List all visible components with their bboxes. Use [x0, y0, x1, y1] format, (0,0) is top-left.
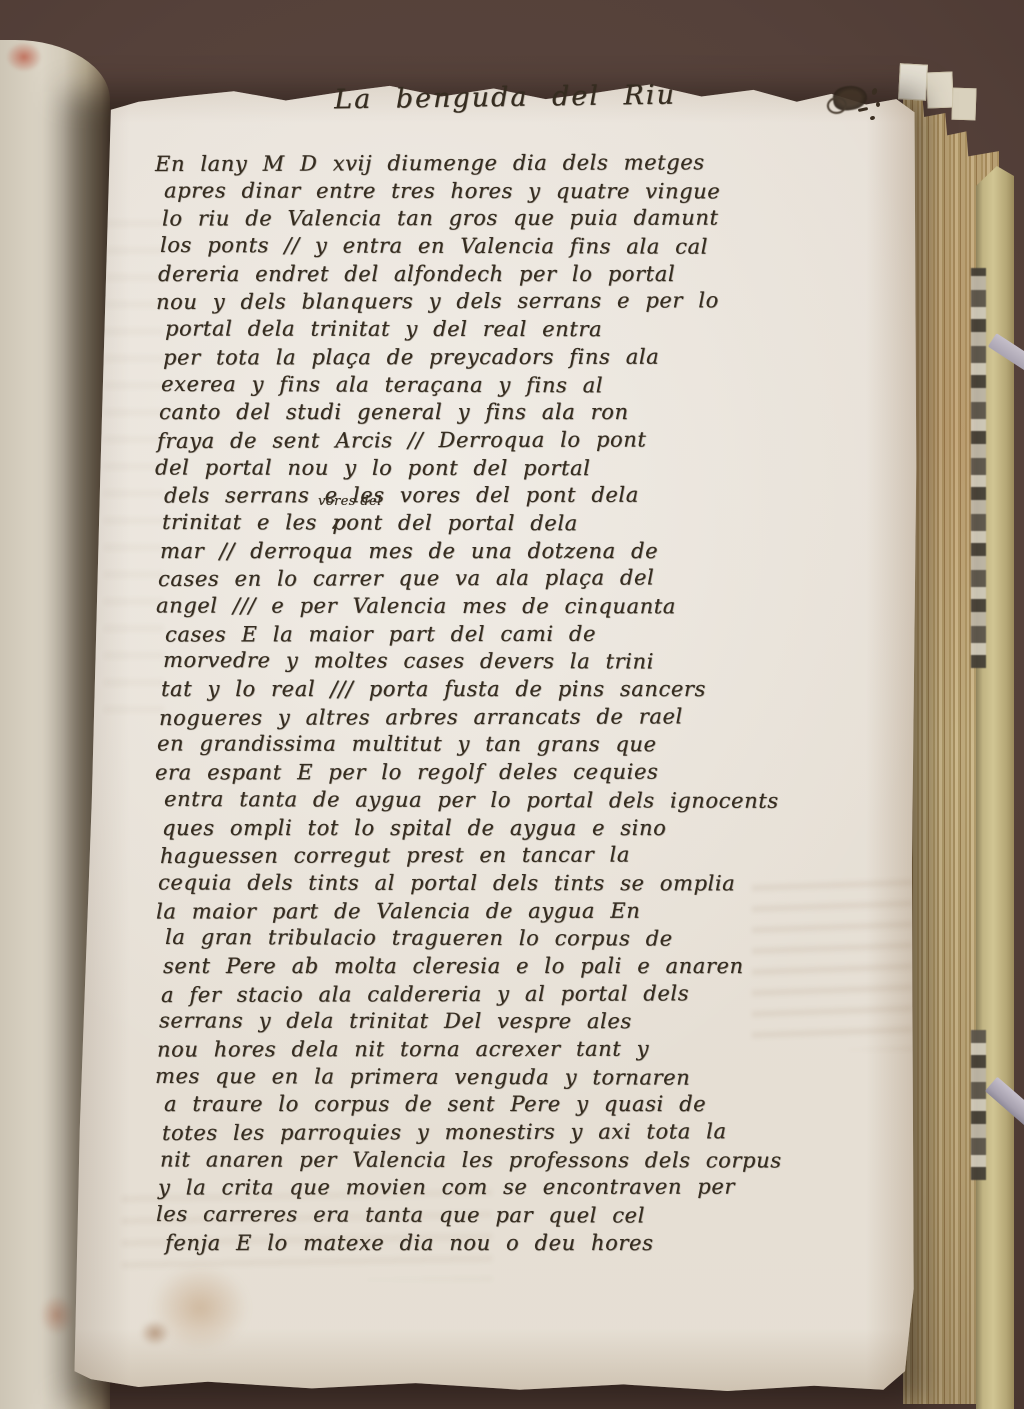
manuscript-line: nogueres y altres arbres arrancats de ra… [159, 703, 819, 733]
manuscript-line: entra tanta de aygua per lo portal dels … [164, 786, 824, 816]
manuscript-line: les carreres era tanta que par quel cel [156, 1201, 816, 1231]
manuscript-line: nou hores dela nit torna acrexer tant y [157, 1035, 817, 1064]
manuscript-line: per tota la plaça de preycadors fins ala [163, 343, 823, 372]
ink-fleck [876, 102, 880, 107]
manuscript-line: a traure lo corpus de sent Pere y quasi … [164, 1091, 824, 1119]
manuscript-line: mes que en la primera venguda y tornaren [155, 1063, 815, 1093]
manuscript-line: dels serrans e les vores del pont dela [164, 482, 824, 511]
manuscript-title: La benguda del Riu [255, 79, 755, 117]
manuscript-line: morvedre y moltes cases devers la trini [163, 647, 823, 677]
ink-fleck [871, 87, 878, 95]
manuscript-line: la maior part de Valencia de aygua En [156, 897, 816, 926]
manuscript-line: los ponts // y entra en Valencia fins al… [160, 232, 820, 262]
manuscript-photo: La benguda del Riu En lany M D xvij dium… [0, 0, 1024, 1409]
manuscript-line: serrans y dela trinitat Del vespre ales [159, 1008, 819, 1037]
manuscript-line: En lany M D xvij diumenge dia dels metge… [155, 149, 815, 179]
manuscript-line: mar // derroqua mes de una dotzena de [160, 538, 820, 566]
manuscript-line: tat y lo real /// porta fusta de pins sa… [161, 676, 821, 704]
manuscript-line: lo riu de Valencia tan gros que puia dam… [162, 205, 822, 234]
interlinear-insertion: vores del [318, 494, 382, 509]
manuscript-line: en grandissima multitut y tan grans que [157, 731, 817, 760]
manuscript-line: era espant E per lo regolf deles cequies [155, 759, 815, 788]
manuscript-line: sent Pere ab molta cleresia e lo pali e … [163, 953, 823, 981]
manuscript-line: y la crita que movien com se encontraven… [158, 1174, 818, 1203]
manuscript-line: cequia dels tints al portal dels tints s… [158, 869, 818, 898]
manuscript-line: canto del studi general y fins ala ron [159, 399, 819, 427]
manuscript-lines: En lany M D xvij diumenge dia dels metge… [160, 150, 820, 1258]
manuscript-line: totes les parroquies y monestirs y axi t… [162, 1118, 822, 1148]
manuscript-line: dereria endret del alfondech per lo port… [158, 261, 818, 289]
manuscript-line: haguessen corregut prest en tancar la [160, 841, 820, 871]
manuscript-line: apres dinar entre tres hores y quatre vi… [164, 177, 824, 206]
manuscript-line: portal dela trinitat y del real entra [165, 316, 825, 345]
handwriting-layer: La benguda del Riu En lany M D xvij dium… [0, 0, 1024, 1409]
manuscript-line: la gran tribulacio tragueren lo corpus d… [165, 924, 825, 954]
manuscript-line: fenja E lo matexe dia nou o deu hores [165, 1230, 825, 1258]
ink-fleck [858, 107, 868, 112]
manuscript-line: cases E la maior part del cami de [165, 620, 825, 649]
ink-fleck [870, 115, 876, 120]
manuscript-line: exerea y fins ala teraçana y fins al [161, 370, 821, 400]
manuscript-line: ques ompli tot lo spital de aygua e sino [162, 815, 822, 843]
manuscript-line: fraya de sent Arcis // Derroqua lo pont [157, 426, 817, 456]
manuscript-line: cases en lo carrer que va ala plaça del [158, 564, 818, 594]
manuscript-line: trinitat e les pont del portal dela [162, 509, 822, 539]
manuscript-line: angel /// e per Valencia mes de cinquant… [156, 592, 816, 621]
manuscript-line: nit anaren per Valencia les professons d… [160, 1146, 820, 1175]
manuscript-line: nou y dels blanquers y dels serrans e pe… [156, 287, 816, 317]
manuscript-line: a fer stacio ala caldereria y al portal … [161, 980, 821, 1010]
manuscript-line: del portal nou y lo pont del portal [155, 454, 815, 483]
